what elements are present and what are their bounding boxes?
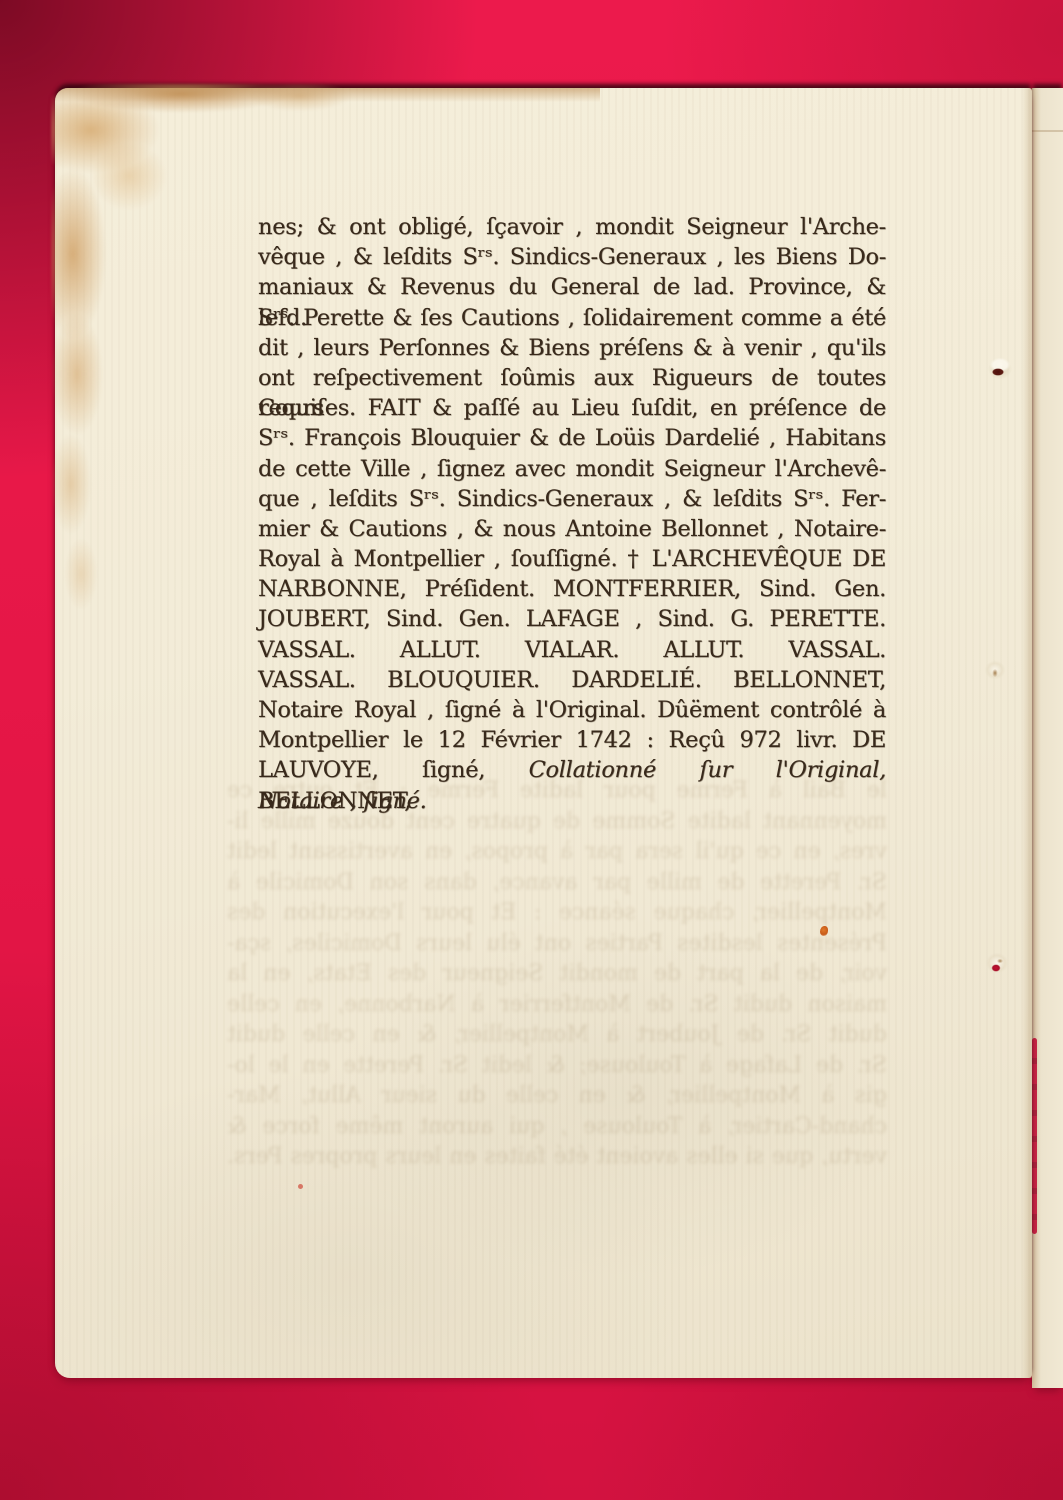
rust-speck (820, 926, 828, 936)
wormhole-middle (981, 658, 1009, 686)
text-line-names-caps: JOUBERT, Sind. Gen. LAFAGE , Sind. G. PE… (258, 604, 886, 634)
printed-text-block: nes; & ont obligé, ſçavoir , mondit Seig… (258, 212, 886, 816)
bleedthrough-text: le Bail à Ferme pour ladite Ferme ; Et o… (227, 776, 887, 1173)
ghost-line: Montpellier, chaque séance : Et pour l'e… (227, 898, 887, 929)
ghost-line: Sr. de Lafage à Toulouse; & ledit Sr. Pe… (227, 1051, 887, 1082)
text-line: Notaire Royal , ſigné à l'Original. Dûëm… (258, 695, 886, 725)
right-edge-shade (1022, 88, 1032, 1378)
ghost-line: chand-Cartier, à Toulouse , qui auront m… (227, 1112, 887, 1143)
rust-speck-small (298, 1184, 303, 1189)
text-line: Sʳˢ. François Blouquier & de Loüis Darde… (258, 423, 886, 453)
ghost-line: Présentes lesdites Parties ont élu leurs… (227, 929, 887, 960)
signature-roman: LAUVOYE, ſigné, (258, 757, 529, 783)
text-line: Royal à Montpellier , ſouſſigné. † L'ARC… (258, 544, 886, 574)
ghost-line: gis à Montpellier, & en celle du sieur A… (227, 1081, 887, 1112)
text-line-names-caps: VASSAL. ALLUT. VIALAR. ALLUT. VASSAL. (258, 635, 886, 665)
text-line: nes; & ont obligé, ſçavoir , mondit Seig… (258, 212, 886, 242)
text-line: de cette Ville , ſignez avec mondit Seig… (258, 454, 886, 484)
ghost-line: Sr. Perette de mille par avance, dans so… (227, 868, 887, 899)
text-line: dit , leurs Perſonnes & Biens préſens & … (258, 333, 886, 363)
stain-top-edge (55, 88, 600, 102)
text-line: vêque , & leſdits Sʳˢ. Sindics-Generaux … (258, 242, 886, 272)
text-line: que , leſdits Sʳˢ. Sindics-Generaux , & … (258, 484, 886, 514)
ghost-line: voir, de la part de mondit Seigneur des … (227, 959, 887, 990)
text-line: Sʳˢ. Perette & ſes Cautions , ſolidairem… (258, 303, 886, 333)
ghost-line: vertu, que si elles avoient été faites e… (227, 1142, 887, 1173)
text-line-signature: LAUVOYE, ſigné, Collationné ſur l'Origin… (258, 755, 886, 785)
document-page: nes; & ont obligé, ſçavoir , mondit Seig… (55, 88, 1032, 1378)
ghost-line: vres, en ce qu'il sera par à propos, en … (227, 837, 887, 868)
text-line: maniaux & Revenus du General de lad. Pro… (258, 272, 886, 302)
ghost-line: maison dudit Sr. de Montferrier à Narbon… (227, 990, 887, 1021)
text-line: requiſes. FAIT & paſſé au Lieu ſuſdit, e… (258, 393, 886, 423)
text-line-names-caps: NARBONNE, Préſident. MONTFERRIER, Sind. … (258, 574, 886, 604)
wormhole-top (985, 356, 1015, 382)
paper-crease (1032, 130, 1063, 132)
binding-gap-red-streak (1032, 1038, 1037, 1234)
ghost-line: dudit Sr. de Joubert à Montpellier, & en… (227, 1020, 887, 1051)
text-line: ont reſpectivement ſoûmis aux Rigueurs d… (258, 363, 886, 393)
text-line: Montpellier le 12 Février 1742 : Reçû 97… (258, 725, 886, 755)
text-line: mier & Cautions , & nous Antoine Bellonn… (258, 514, 886, 544)
signature-italic: Collationné ſur l'Original, (529, 757, 886, 783)
wormhole-bottom (983, 950, 1013, 980)
text-line-last: Notaire , ſigné. (258, 786, 886, 816)
text-line-names-caps: VASSAL. BLOUQUIER. DARDELIÉ. BELLONNET, (258, 665, 886, 695)
photo-backdrop: nes; & ont obligé, ſçavoir , mondit Seig… (0, 0, 1063, 1500)
